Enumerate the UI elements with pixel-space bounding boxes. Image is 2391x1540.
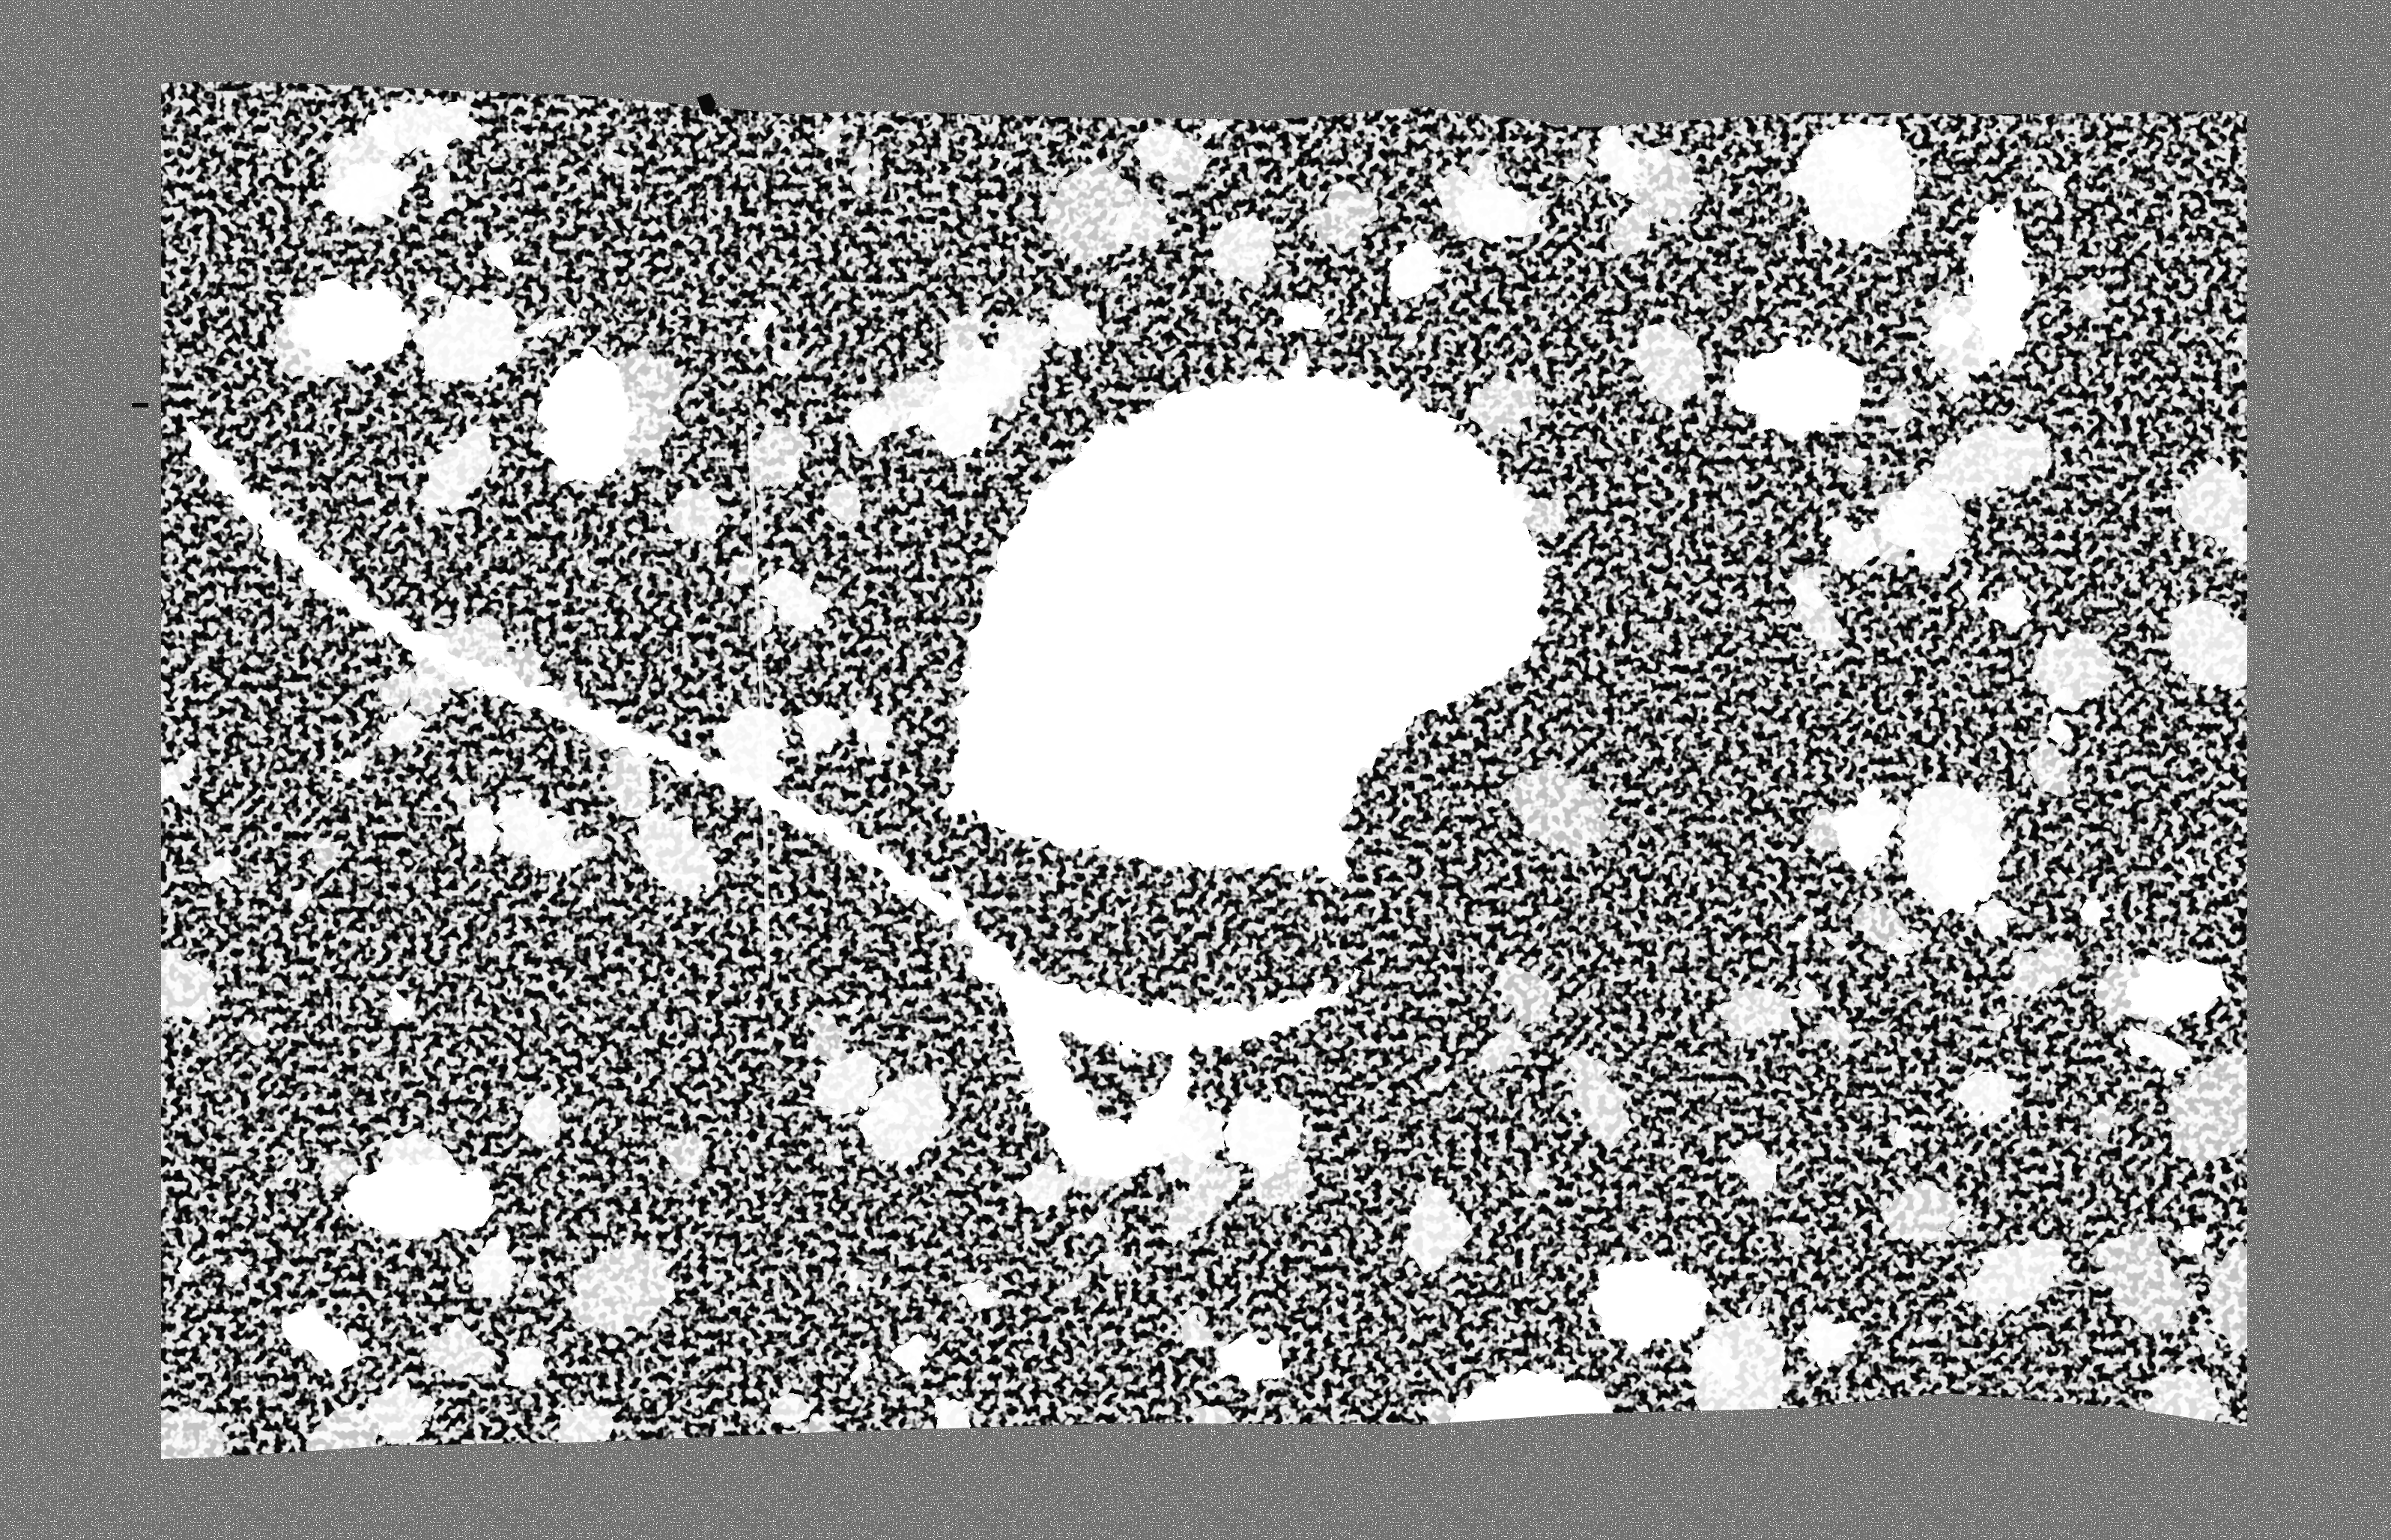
photo-block	[124, 81, 2297, 1495]
left-edge-tick	[132, 403, 148, 407]
scanned-photo	[0, 0, 2391, 1540]
